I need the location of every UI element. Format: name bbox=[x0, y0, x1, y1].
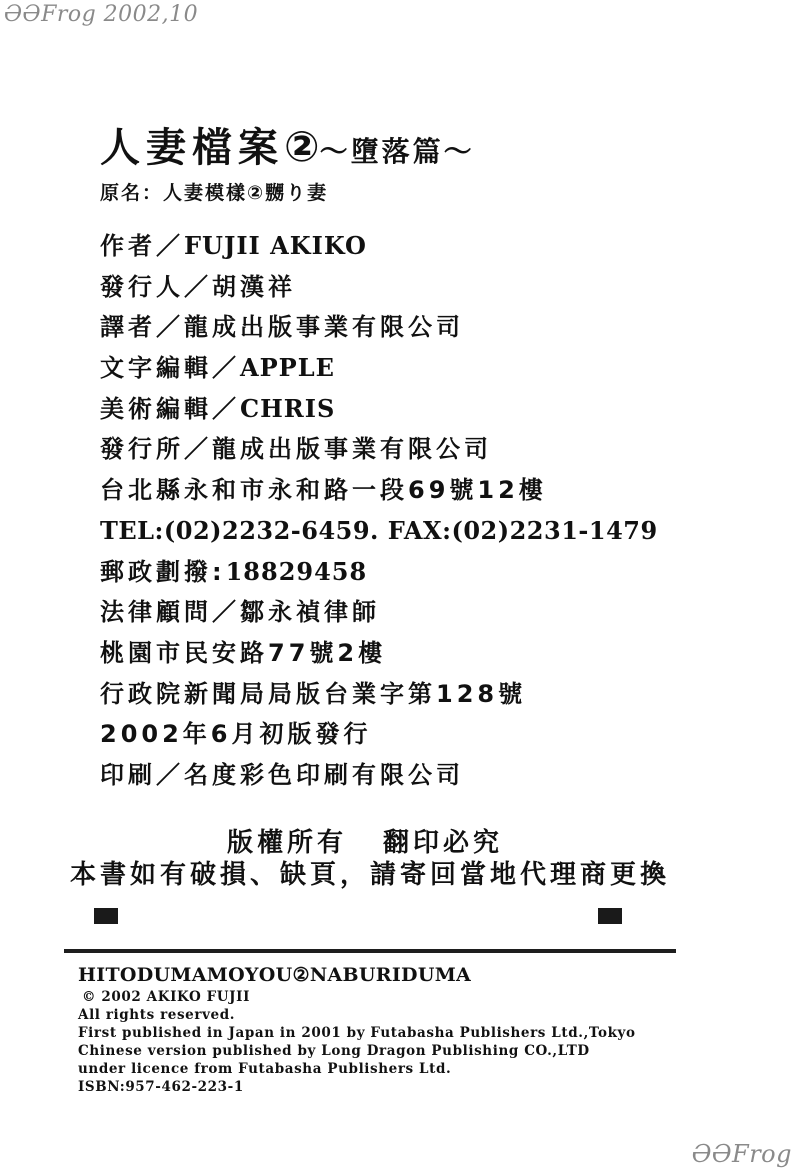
credit-label: 郵政劃撥: bbox=[100, 558, 226, 586]
original-title: 原名：人妻模樣②嬲り妻 bbox=[100, 178, 328, 205]
credit-license-number: 行政院新聞局局版台業字第128號 bbox=[100, 674, 658, 715]
credit-text-editor: 文字編輯／APPLE bbox=[100, 348, 658, 389]
english-title: HITODUMAMOYOU②NABURIDUMA bbox=[78, 962, 636, 988]
isbn-line: ISBN:957-462-223-1 bbox=[78, 1078, 636, 1096]
credits-list: 作者／FUJII AKIKO 發行人／胡漢祥 譯者／龍成出版事業有限公司 文字編… bbox=[100, 226, 658, 796]
credit-value: FUJII AKIKO bbox=[184, 231, 367, 260]
replacement-notice: 本書如有破損、缺頁，請寄回當地代理商更換 bbox=[20, 854, 720, 891]
credit-address: 台北縣永和市永和路一段69號12樓 bbox=[100, 470, 658, 511]
credit-label: 譯者／ bbox=[100, 313, 184, 341]
credit-value: CHRIS bbox=[240, 394, 335, 423]
credit-value: 台北縣永和市永和路一段69號12樓 bbox=[100, 476, 547, 504]
licence-line: under licence from Futabasha Publishers … bbox=[78, 1060, 636, 1078]
credit-value: 桃園市民安路77號2樓 bbox=[100, 639, 386, 667]
credit-author: 作者／FUJII AKIKO bbox=[100, 226, 658, 267]
chinese-version-line: Chinese version published by Long Dragon… bbox=[78, 1042, 636, 1060]
copyright-line: © 2002 AKIKO FUJII bbox=[78, 988, 636, 1006]
credit-value: 名度彩色印刷有限公司 bbox=[184, 761, 464, 789]
credit-printer: 印刷／名度彩色印刷有限公司 bbox=[100, 755, 658, 796]
credit-translator: 譯者／龍成出版事業有限公司 bbox=[100, 307, 658, 348]
watermark-top: ƏƏFrog 2002,10 bbox=[4, 2, 198, 27]
credit-postal-account: 郵政劃撥:18829458 bbox=[100, 552, 658, 593]
credit-publication-date: 2002年6月初版發行 bbox=[100, 714, 658, 755]
title-text: 人妻檔案 bbox=[100, 125, 284, 171]
volume-number: ② bbox=[284, 122, 320, 171]
watermark-bottom: ƏƏFrog bbox=[692, 1140, 792, 1168]
rights-line: All rights reserved. bbox=[78, 1006, 636, 1024]
credit-legal-advisor: 法律顧問／鄒永禎律師 bbox=[100, 592, 658, 633]
divider-rule bbox=[64, 949, 676, 953]
credit-label: 發行人／ bbox=[100, 273, 212, 301]
credit-value: TEL:(02)2232-6459. FAX:(02)2231-1479 bbox=[100, 516, 658, 545]
credit-publishing-house: 發行所／龍成出版事業有限公司 bbox=[100, 429, 658, 470]
book-title: 人妻檔案②～墮落篇～ bbox=[100, 116, 475, 173]
credit-value: 行政院新聞局局版台業字第128號 bbox=[100, 680, 526, 708]
credit-value: 龍成出版事業有限公司 bbox=[212, 435, 492, 463]
credit-value: 鄒永禎律師 bbox=[240, 598, 380, 626]
print-mark-right bbox=[598, 908, 622, 924]
credit-value: APPLE bbox=[240, 353, 335, 382]
credit-publisher: 發行人／胡漢祥 bbox=[100, 267, 658, 308]
credit-value: 18829458 bbox=[226, 557, 368, 586]
credit-value: 2002年6月初版發行 bbox=[100, 720, 372, 748]
english-colophon: HITODUMAMOYOU②NABURIDUMA © 2002 AKIKO FU… bbox=[78, 962, 636, 1096]
first-published-line: First published in Japan in 2001 by Futa… bbox=[78, 1024, 636, 1042]
credit-phone-fax: TEL:(02)2232-6459. FAX:(02)2231-1479 bbox=[100, 511, 658, 552]
credit-label: 法律顧問／ bbox=[100, 598, 240, 626]
credit-value: 胡漢祥 bbox=[212, 273, 296, 301]
credit-value: 龍成出版事業有限公司 bbox=[184, 313, 464, 341]
credit-label: 文字編輯／ bbox=[100, 354, 240, 382]
print-mark-left bbox=[94, 908, 118, 924]
credit-label: 美術編輯／ bbox=[100, 395, 240, 423]
credit-label: 印刷／ bbox=[100, 761, 184, 789]
credit-label: 發行所／ bbox=[100, 435, 212, 463]
credit-label: 作者／ bbox=[100, 232, 184, 260]
credit-legal-address: 桃園市民安路77號2樓 bbox=[100, 633, 658, 674]
credit-art-editor: 美術編輯／CHRIS bbox=[100, 389, 658, 430]
subtitle: ～墮落篇～ bbox=[320, 135, 475, 168]
